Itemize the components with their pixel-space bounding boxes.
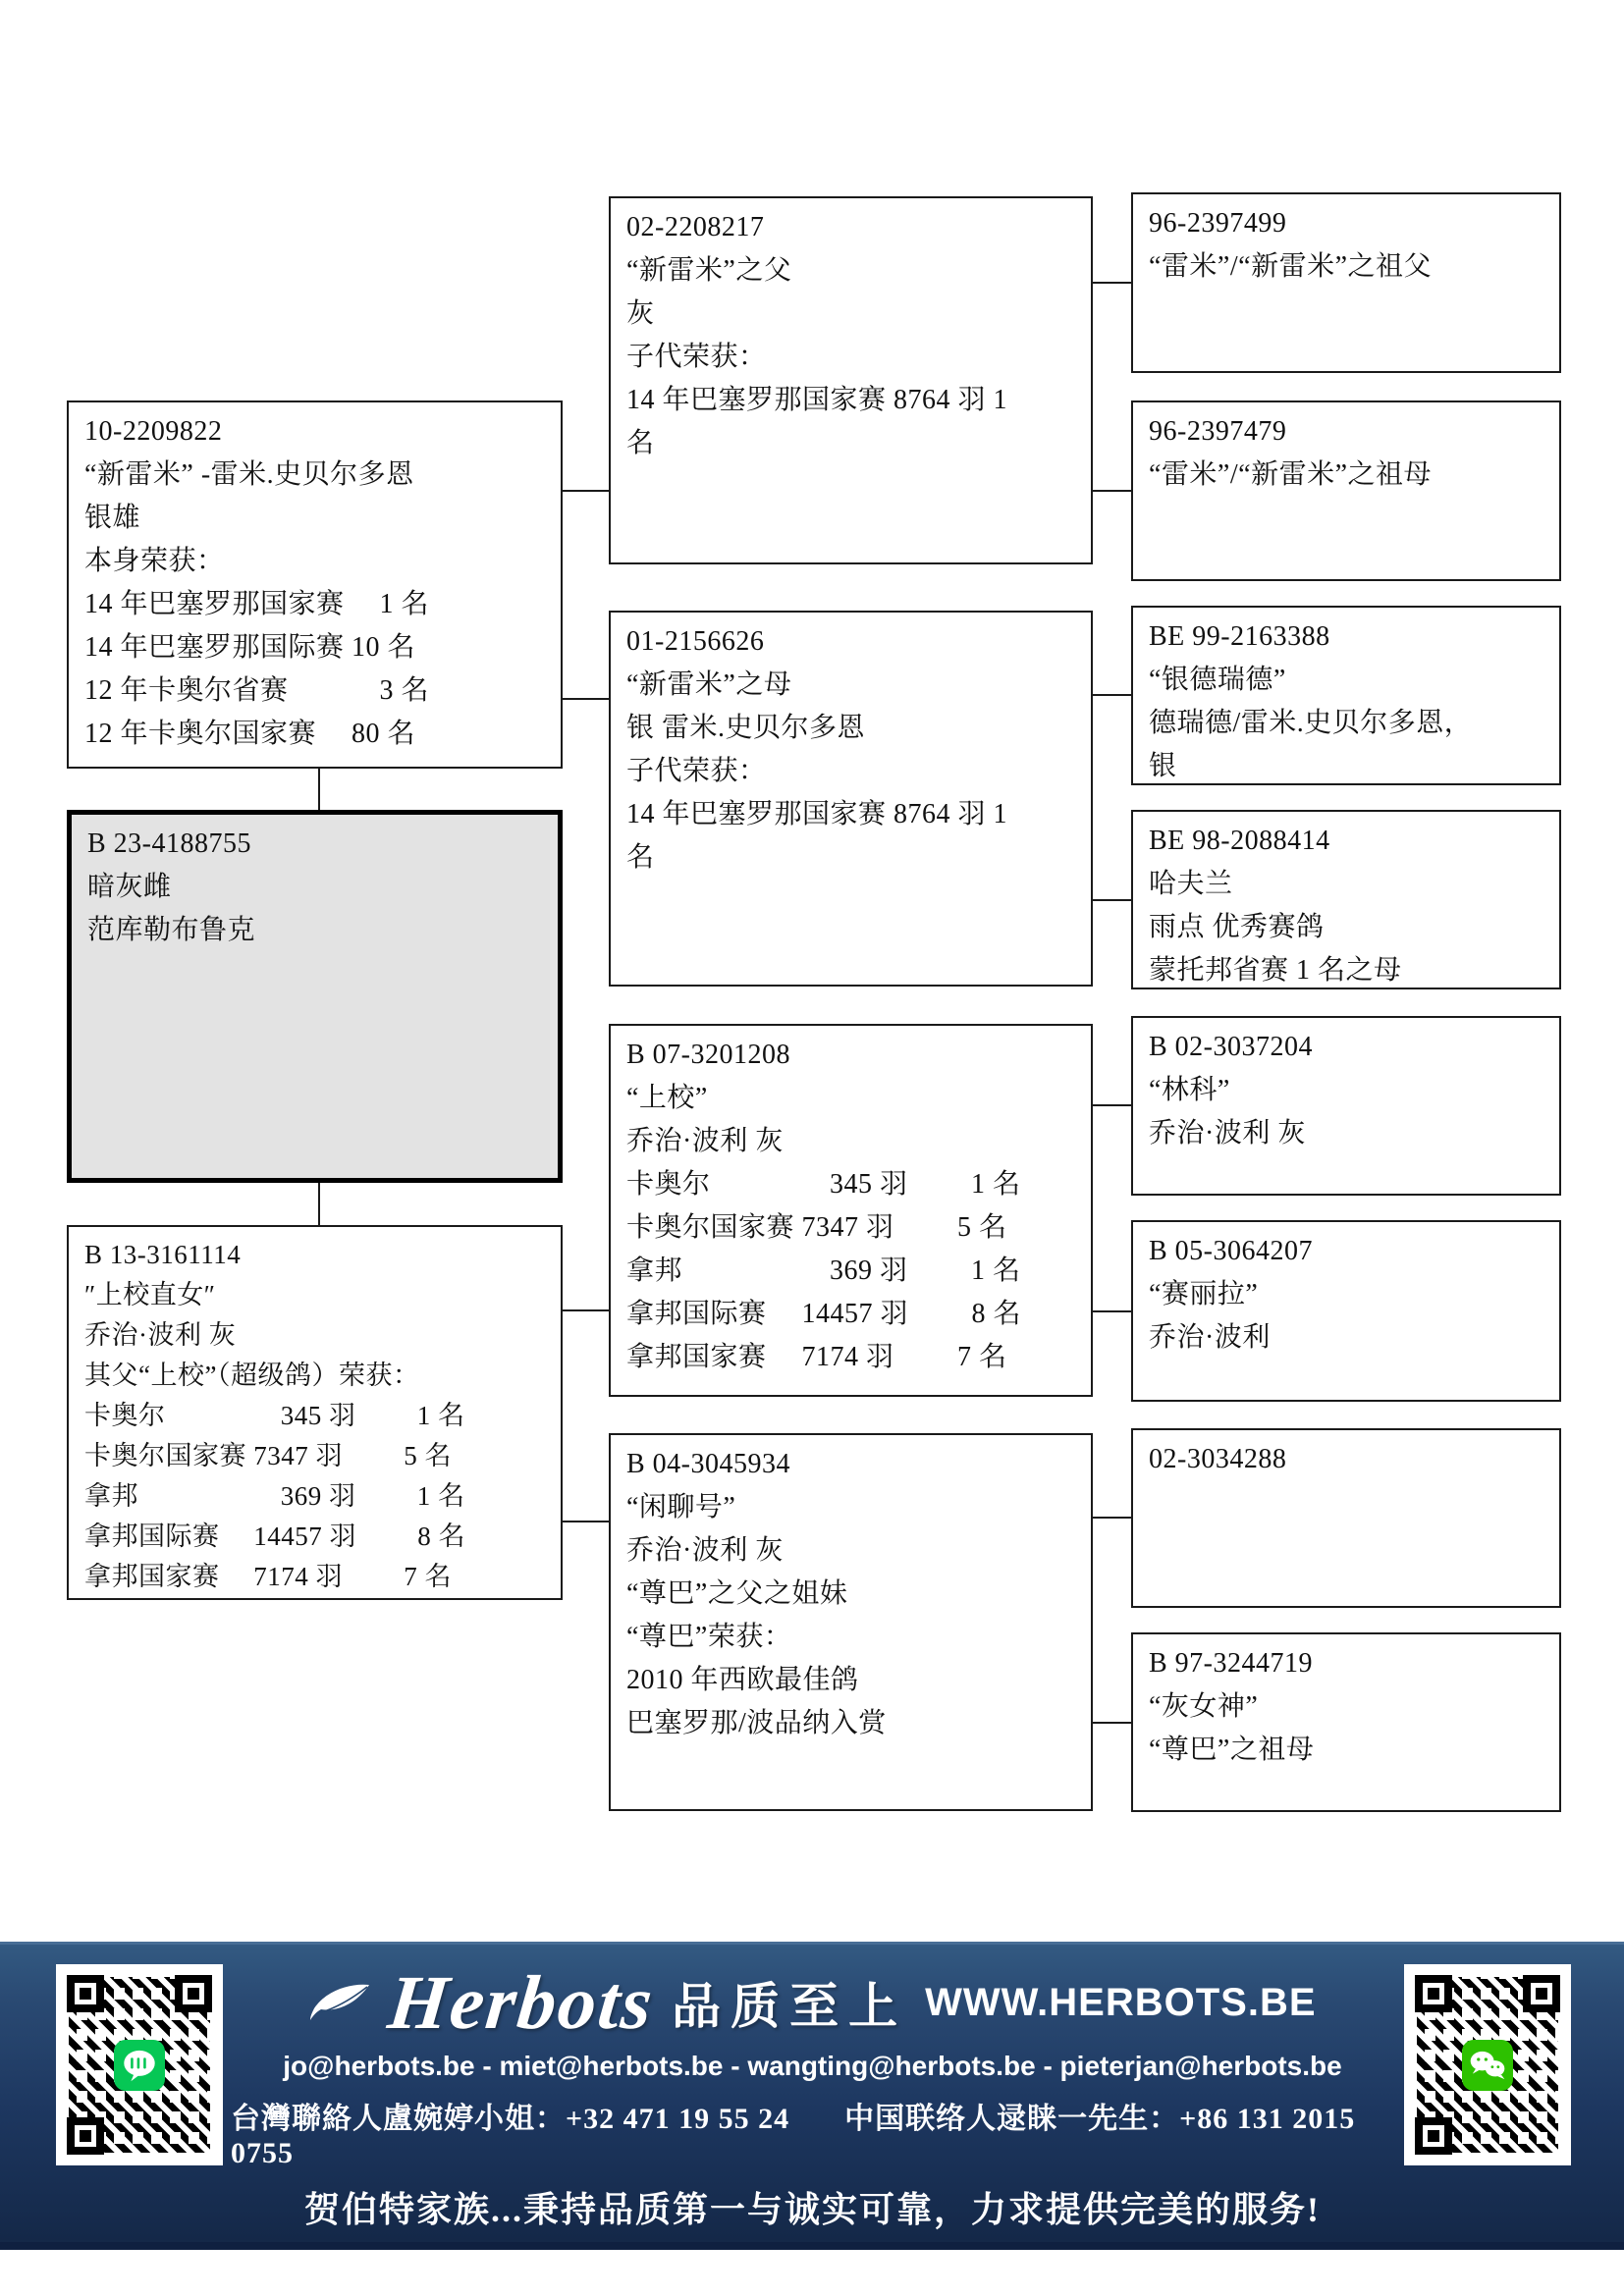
brand-chinese-text: 品质至上 bbox=[672, 1967, 907, 2038]
connector-line bbox=[1091, 282, 1131, 284]
box-paternal-granddam: 01-2156626 “新雷米”之母 银 雷米.史贝尔多恩 子代荣获： 14 年… bbox=[609, 611, 1093, 987]
connector-line bbox=[1091, 1517, 1131, 1519]
emails-text: jo@herbots.be - miet@herbots.be - wangti… bbox=[283, 2051, 1341, 2082]
box-great-grandparent-8: B 97-3244719 “灰女神” “尊巴”之祖母 bbox=[1131, 1632, 1561, 1812]
slogan-text: 贺伯特家族...秉持品质第一与诚实可靠，力求提供完美的服务! bbox=[304, 2182, 1321, 2232]
connector-line bbox=[318, 1183, 320, 1225]
box-great-grandparent-6: B 05-3064207 “赛丽拉” 乔治·波利 bbox=[1131, 1220, 1561, 1402]
connector-line bbox=[561, 1521, 609, 1522]
box-dam: B 13-3161114 ″上校直女″ 乔治·波利 灰 其父“上校”（超级鸽）荣… bbox=[67, 1225, 563, 1600]
feather-icon bbox=[308, 1983, 371, 2022]
box-maternal-grandsire: B 07-3201208 “上校” 乔治·波利 灰 卡奥尔 345 羽 1 名 … bbox=[609, 1024, 1093, 1397]
box-subject-bird: B 23-4188755 暗灰雌 范库勒布鲁克 bbox=[67, 810, 563, 1183]
contact-taiwan: 台灣聯絡人盧婉婷小姐：+32 471 19 55 24 bbox=[231, 2103, 789, 2135]
line-qr-code bbox=[56, 1964, 223, 2165]
connector-line bbox=[561, 490, 609, 492]
connector-line bbox=[1091, 1104, 1131, 1106]
wechat-icon bbox=[1462, 2040, 1513, 2091]
connector-line bbox=[1091, 694, 1131, 696]
connector-line bbox=[1091, 899, 1131, 901]
box-great-grandparent-5: B 02-3037204 “林科” 乔治·波利 灰 bbox=[1131, 1016, 1561, 1196]
box-great-grandparent-4: BE 98-2088414 哈夫兰 雨点 优秀赛鸽 蒙托邦省赛 1 名之母 bbox=[1131, 810, 1561, 989]
box-great-grandparent-1: 96-2397499 “雷米”/“新雷米”之祖父 bbox=[1131, 192, 1561, 373]
box-great-grandparent-2: 96-2397479 “雷米”/“新雷米”之祖母 bbox=[1131, 400, 1561, 581]
line-icon bbox=[114, 2040, 165, 2091]
connector-line bbox=[1091, 490, 1131, 492]
contacts-line: 台灣聯絡人盧婉婷小姐：+32 471 19 55 24中国联络人逯睐一先生：+8… bbox=[231, 2094, 1394, 2170]
footer-content: Herbots 品质至上 WWW.HERBOTS.BE jo@herbots.b… bbox=[231, 1956, 1394, 2241]
connector-line bbox=[318, 769, 320, 810]
wechat-qr-code bbox=[1404, 1964, 1571, 2165]
box-great-grandparent-3: BE 99-2163388 “银德瑞德” 德瑞德/雷米.史贝尔多恩， 银 bbox=[1131, 606, 1561, 785]
box-great-grandparent-7: 02-3034288 bbox=[1131, 1428, 1561, 1608]
connector-line bbox=[1091, 1722, 1131, 1724]
brand-logo: Herbots 品质至上 WWW.HERBOTS.BE bbox=[308, 1956, 1316, 2049]
box-paternal-grandsire: 02-2208217 “新雷米”之父 灰 子代荣获： 14 年巴塞罗那国家赛 8… bbox=[609, 196, 1093, 564]
pedigree-document: 10-2209822 “新雷米” -雷米.史贝尔多恩 银雄 本身荣获： 14 年… bbox=[0, 0, 1624, 2296]
connector-line bbox=[561, 1309, 609, 1311]
connector-line bbox=[1091, 1310, 1131, 1312]
website-text: WWW.HERBOTS.BE bbox=[925, 1981, 1316, 2025]
brand-script-text: Herbots bbox=[385, 1958, 659, 2047]
box-maternal-granddam: B 04-3045934 “闲聊号” 乔治·波利 灰 “尊巴”之父之姐妹 “尊巴… bbox=[609, 1433, 1093, 1811]
footer-band: Herbots 品质至上 WWW.HERBOTS.BE jo@herbots.b… bbox=[0, 1942, 1624, 2250]
box-sire: 10-2209822 “新雷米” -雷米.史贝尔多恩 银雄 本身荣获： 14 年… bbox=[67, 400, 563, 769]
connector-line bbox=[561, 698, 609, 700]
